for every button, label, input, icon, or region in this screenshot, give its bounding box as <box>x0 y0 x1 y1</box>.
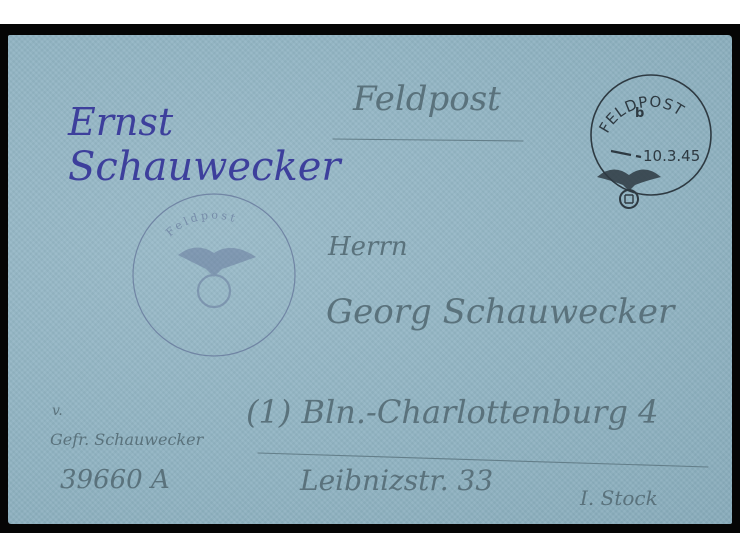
postmark-dash <box>611 151 631 155</box>
feldpost-marking: Feldpost <box>333 79 523 141</box>
seal-eagle-icon <box>178 247 256 307</box>
envelope: Ernst Schauwecker Feldpost FELDPOST b 10… <box>8 35 732 524</box>
recipient-street: Leibnizstr. 33 <box>299 464 493 497</box>
feldpost-postmark: FELDPOST b 10.3.45 <box>591 75 711 208</box>
feldpost-handwritten: Feldpost <box>352 79 501 119</box>
unit-seal: Feldpost <box>133 194 295 356</box>
feldpost-underline <box>333 139 523 141</box>
recipient-address: Herrn Georg Schauwecker (1) Bln.-Charlot… <box>246 232 708 510</box>
postmark-letter: b <box>635 106 644 121</box>
postmark-date: 10.3.45 <box>643 147 700 165</box>
recipient-salutation: Herrn <box>327 232 408 262</box>
recipient-city: (1) Bln.-Charlottenburg 4 <box>246 393 658 431</box>
return-fieldpost-number: 39660 A <box>60 465 170 495</box>
eagle-swastika-icon <box>597 169 661 208</box>
recipient-floor: I. Stock <box>579 486 658 510</box>
recipient-name: Georg Schauwecker <box>326 292 676 332</box>
sender-name-line1: Ernst <box>67 100 174 144</box>
sender-name-line2: Schauwecker <box>68 144 343 190</box>
return-line2: Gefr. Schauwecker <box>50 430 205 449</box>
envelope-markings: Ernst Schauwecker Feldpost FELDPOST b 10… <box>8 35 732 524</box>
return-line1: v. <box>52 403 63 419</box>
unit-seal-text: Feldpost <box>163 209 239 240</box>
sender-ink-signature: Ernst Schauwecker <box>67 100 343 190</box>
sender-return: v. Gefr. Schauwecker 39660 A <box>50 403 205 495</box>
